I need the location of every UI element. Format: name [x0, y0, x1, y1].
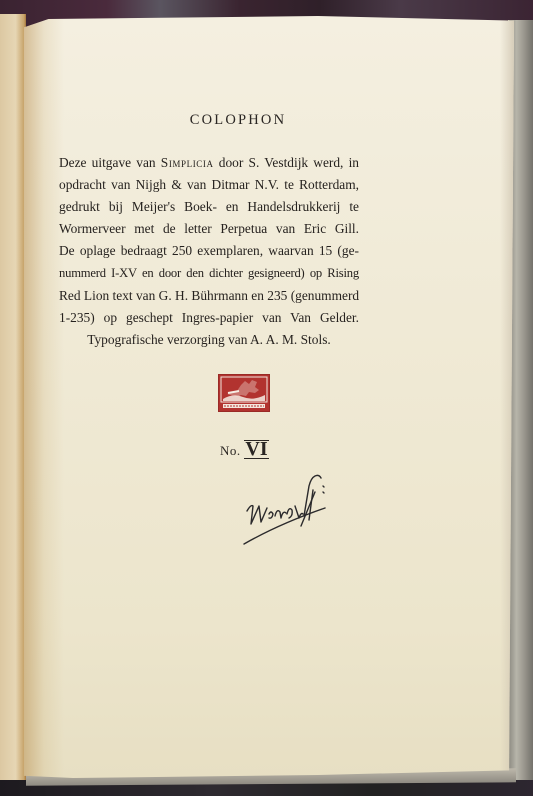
text-line: gedrukt bij Meijer's Boek- en Handelsdru… [59, 196, 359, 218]
page-title: COLOPHON [24, 112, 452, 129]
horseman-emblem-icon [218, 374, 270, 412]
text-line: De oplage bedraagt 250 exemplaren, waarv… [59, 240, 359, 262]
colophon-page: COLOPHON Deze uitgave van Simplicia door… [24, 16, 514, 778]
text-line: Typografische verzorging van A. A. M. St… [59, 329, 359, 351]
text-line: opdracht van Nijgh & van Ditmar N.V. te … [59, 174, 359, 196]
handwritten-signature-icon [239, 456, 329, 556]
book-title: Simplicia [161, 155, 214, 170]
text-line: nummerd I-XV en door den dichter gesigne… [59, 262, 359, 284]
text-line: Red Lion text van G. H. Bührmann en 235 … [59, 285, 359, 307]
number-label: No. [220, 443, 241, 458]
colophon-text: Deze uitgave van Simplicia door S. Vestd… [59, 152, 359, 351]
facing-page-edge [0, 14, 26, 796]
text-fragment: door S. Vestdijk werd, in [214, 155, 359, 170]
text-line: 1-235) op geschept Ingres-papier van Van… [59, 307, 359, 329]
text-fragment: Deze uitgave van [59, 155, 161, 170]
text-line: Deze uitgave van Simplicia door S. Vestd… [59, 152, 359, 174]
text-line: Wormerveer met de letter Perpetua van Er… [59, 218, 359, 240]
